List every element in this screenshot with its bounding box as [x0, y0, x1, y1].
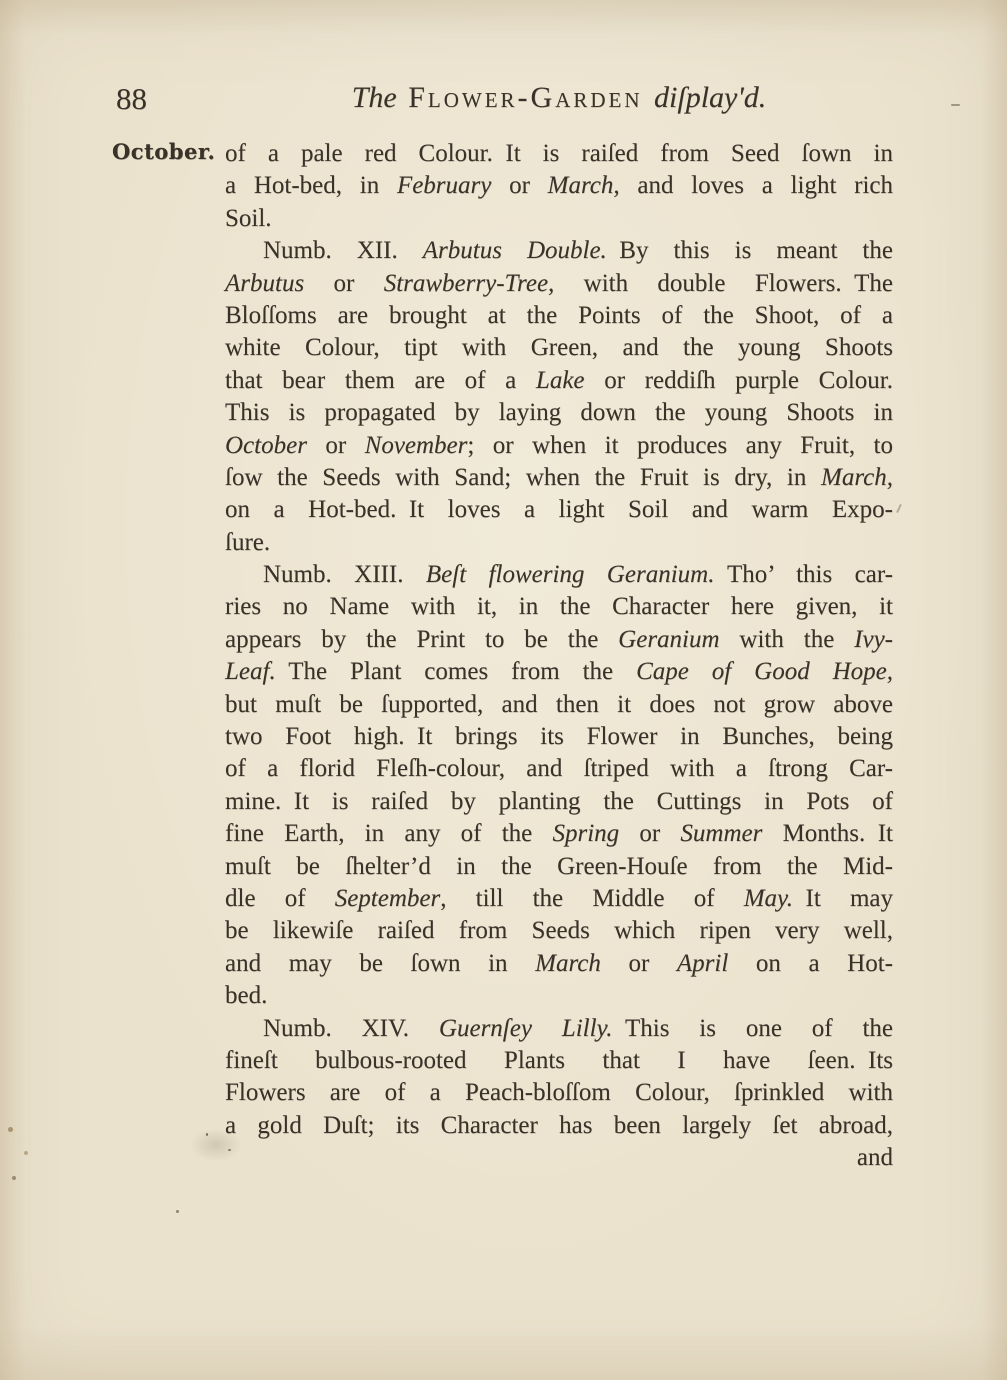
text-line: fine Earth, in any of the Spring or Summ…	[225, 818, 893, 850]
text-run: of a florid Fleſh-colour, and ſtriped wi…	[225, 755, 893, 782]
text-line: be likewiſe raiſed from Seeds which ripe…	[225, 915, 893, 947]
text-run: Arbutus Double.	[423, 237, 607, 264]
text-run: May.	[744, 885, 793, 912]
text-run: , till the Middle of	[440, 885, 743, 912]
running-header: The Flower-Garden diſplay'd.	[225, 80, 893, 116]
header-title: Flower-Garden	[404, 81, 646, 114]
text-line: on a Hot-bed. It loves a light Soil and …	[225, 494, 893, 526]
text-run: that bear them are of a	[225, 367, 536, 394]
text-line: appears by the Print to be the Geranium …	[225, 624, 893, 656]
text-line: and may be ſown in March or April on a H…	[225, 948, 893, 980]
header-lead: The	[352, 81, 397, 114]
text-line: mine. It is raiſed by planting the Cutti…	[225, 786, 893, 818]
text-line: Flowers are of a Peach-bloſſom Colour, ſ…	[225, 1077, 893, 1109]
catchword: and	[225, 1142, 893, 1174]
text-run: a gold Duſt; its Character has been larg…	[225, 1112, 893, 1139]
text-line: Soil.	[225, 203, 893, 235]
text-run: with double Flowers. The	[554, 270, 893, 297]
text-run: ſure.	[225, 529, 270, 556]
text-run: but muſt be ſupported, and then it does …	[225, 691, 893, 718]
text-run: on a Hot-	[728, 950, 893, 977]
text-line: Bloſſoms are brought at the Points of th…	[225, 300, 893, 332]
text-line: Arbutus or Strawberry-Tree, with double …	[225, 268, 893, 300]
text-run: The Plant comes from the	[276, 658, 636, 685]
text-run: April	[677, 950, 728, 977]
text-run: and loves a light rich	[620, 172, 893, 199]
text-run: Leaf.	[225, 658, 276, 685]
text-run: Geranium	[618, 626, 719, 653]
text-run: appears by the Print to be the	[225, 626, 618, 653]
margin-note: October.	[112, 139, 215, 164]
text-run: fine Earth, in any of the	[225, 820, 552, 847]
text-line: Numb. XIII. Beſt flowering Geranium. Tho…	[225, 559, 893, 591]
text-run: dle of	[225, 885, 335, 912]
text-line: ſow the Seeds with Sand; when the Fruit …	[225, 462, 893, 494]
paper-speckle	[206, 1133, 208, 1136]
stray-ink-mark	[896, 504, 902, 513]
text-run: of a pale red Colour. It is raiſed from …	[225, 140, 893, 167]
text-run: or	[304, 270, 384, 297]
text-run: March,	[821, 464, 893, 491]
text-run: Lake	[536, 367, 585, 394]
text-run: Summer	[680, 820, 762, 847]
text-run: March,	[548, 172, 620, 199]
text-run: February	[397, 172, 491, 199]
text-run: Tho’ this car-	[714, 561, 893, 588]
text-run: or	[307, 432, 365, 459]
text-line: This is propagated by laying down the yo…	[225, 397, 893, 429]
text-run: on a Hot-bed. It loves a light Soil and …	[225, 496, 893, 523]
text-run: and may be ſown in	[225, 950, 535, 977]
text-run: two Foot high. It brings its Flower in B…	[225, 723, 893, 750]
paper-speckle	[12, 1176, 16, 1180]
text-line: white Colour, tipt with Green, and the y…	[225, 332, 893, 364]
text-run: mine. It is raiſed by planting the Cutti…	[225, 788, 893, 815]
text-run: Bloſſoms are brought at the Points of th…	[225, 302, 893, 329]
paper-speckle	[176, 1210, 179, 1213]
text-run: or	[601, 950, 677, 977]
page-number: 88	[116, 82, 147, 116]
text-run: ries no Name with it, in the Character h…	[225, 593, 893, 620]
paper-speckle	[8, 1127, 13, 1132]
text-line: a Hot-bed, in February or March, and lov…	[225, 170, 893, 202]
text-line: ries no Name with it, in the Character h…	[225, 591, 893, 623]
text-run: be likewiſe raiſed from Seeds which ripe…	[225, 917, 893, 944]
text-run: Soil.	[225, 205, 272, 232]
text-run: This is one of the	[613, 1015, 894, 1042]
text-line: two Foot high. It brings its Flower in B…	[225, 721, 893, 753]
text-run: bed.	[225, 982, 267, 1009]
book-page: 88 The Flower-Garden diſplay'd. October.…	[0, 0, 1007, 1380]
text-run: Strawberry-Tree,	[384, 270, 555, 297]
text-run: It may	[793, 885, 893, 912]
text-run: September	[335, 885, 441, 912]
text-run: This is propagated by laying down the yo…	[225, 399, 893, 426]
text-run: March	[535, 950, 601, 977]
text-run: ſow the Seeds with Sand; when the Fruit …	[225, 464, 821, 491]
text-line: Numb. XII. Arbutus Double. By this is me…	[225, 235, 893, 267]
text-run: Numb. XII.	[263, 237, 423, 264]
body-text: of a pale red Colour. It is raiſed from …	[225, 138, 893, 1175]
text-line: dle of September, till the Middle of May…	[225, 883, 893, 915]
text-run: a Hot-bed, in	[225, 172, 397, 199]
text-run: or reddiſh purple Colour.	[585, 367, 893, 394]
header-tail: diſplay'd.	[654, 81, 766, 114]
text-run: or	[619, 820, 680, 847]
text-run: ; or when it produces any Fruit, to	[467, 432, 893, 459]
text-line: but muſt be ſupported, and then it does …	[225, 689, 893, 721]
text-line: bed.	[225, 980, 893, 1012]
text-line: of a florid Fleſh-colour, and ſtriped wi…	[225, 753, 893, 785]
text-run: with the	[720, 626, 855, 653]
text-run: Guernſey Lilly.	[439, 1015, 613, 1042]
text-line: that bear them are of a Lake or reddiſh …	[225, 365, 893, 397]
text-run: Numb. XIII.	[263, 561, 426, 588]
text-line: Numb. XIV. Guernſey Lilly. This is one o…	[225, 1013, 893, 1045]
text-line: ſure.	[225, 527, 893, 559]
text-run: muſt be ſhelter’d in the Green-Houſe fro…	[225, 853, 893, 880]
text-line: a gold Duſt; its Character has been larg…	[225, 1110, 893, 1142]
text-line: fineſt bulbous-rooted Plants that I have…	[225, 1045, 893, 1077]
text-line: muſt be ſhelter’d in the Green-Houſe fro…	[225, 851, 893, 883]
text-run: October	[225, 432, 307, 459]
text-line: October or November; or when it produces…	[225, 430, 893, 462]
text-run: November	[365, 432, 468, 459]
text-run: Flowers are of a Peach-bloſſom Colour, ſ…	[225, 1079, 893, 1106]
text-run: Ivy-	[854, 626, 893, 653]
stray-ink-mark	[951, 104, 960, 106]
text-line: of a pale red Colour. It is raiſed from …	[225, 138, 893, 170]
text-run: Months. It	[762, 820, 893, 847]
text-run: Cape of Good Hope,	[636, 658, 893, 685]
text-line: Leaf. The Plant comes from the Cape of G…	[225, 656, 893, 688]
text-run: Beſt flowering Geranium.	[426, 561, 715, 588]
text-run: Numb. XIV.	[263, 1015, 439, 1042]
text-run: By this is meant the	[607, 237, 893, 264]
text-run: Spring	[552, 820, 619, 847]
text-run: or	[491, 172, 547, 199]
text-run: fineſt bulbous-rooted Plants that I have…	[225, 1047, 893, 1074]
paper-speckle	[24, 1151, 28, 1155]
text-run: Arbutus	[225, 270, 304, 297]
text-run: white Colour, tipt with Green, and the y…	[225, 334, 893, 361]
